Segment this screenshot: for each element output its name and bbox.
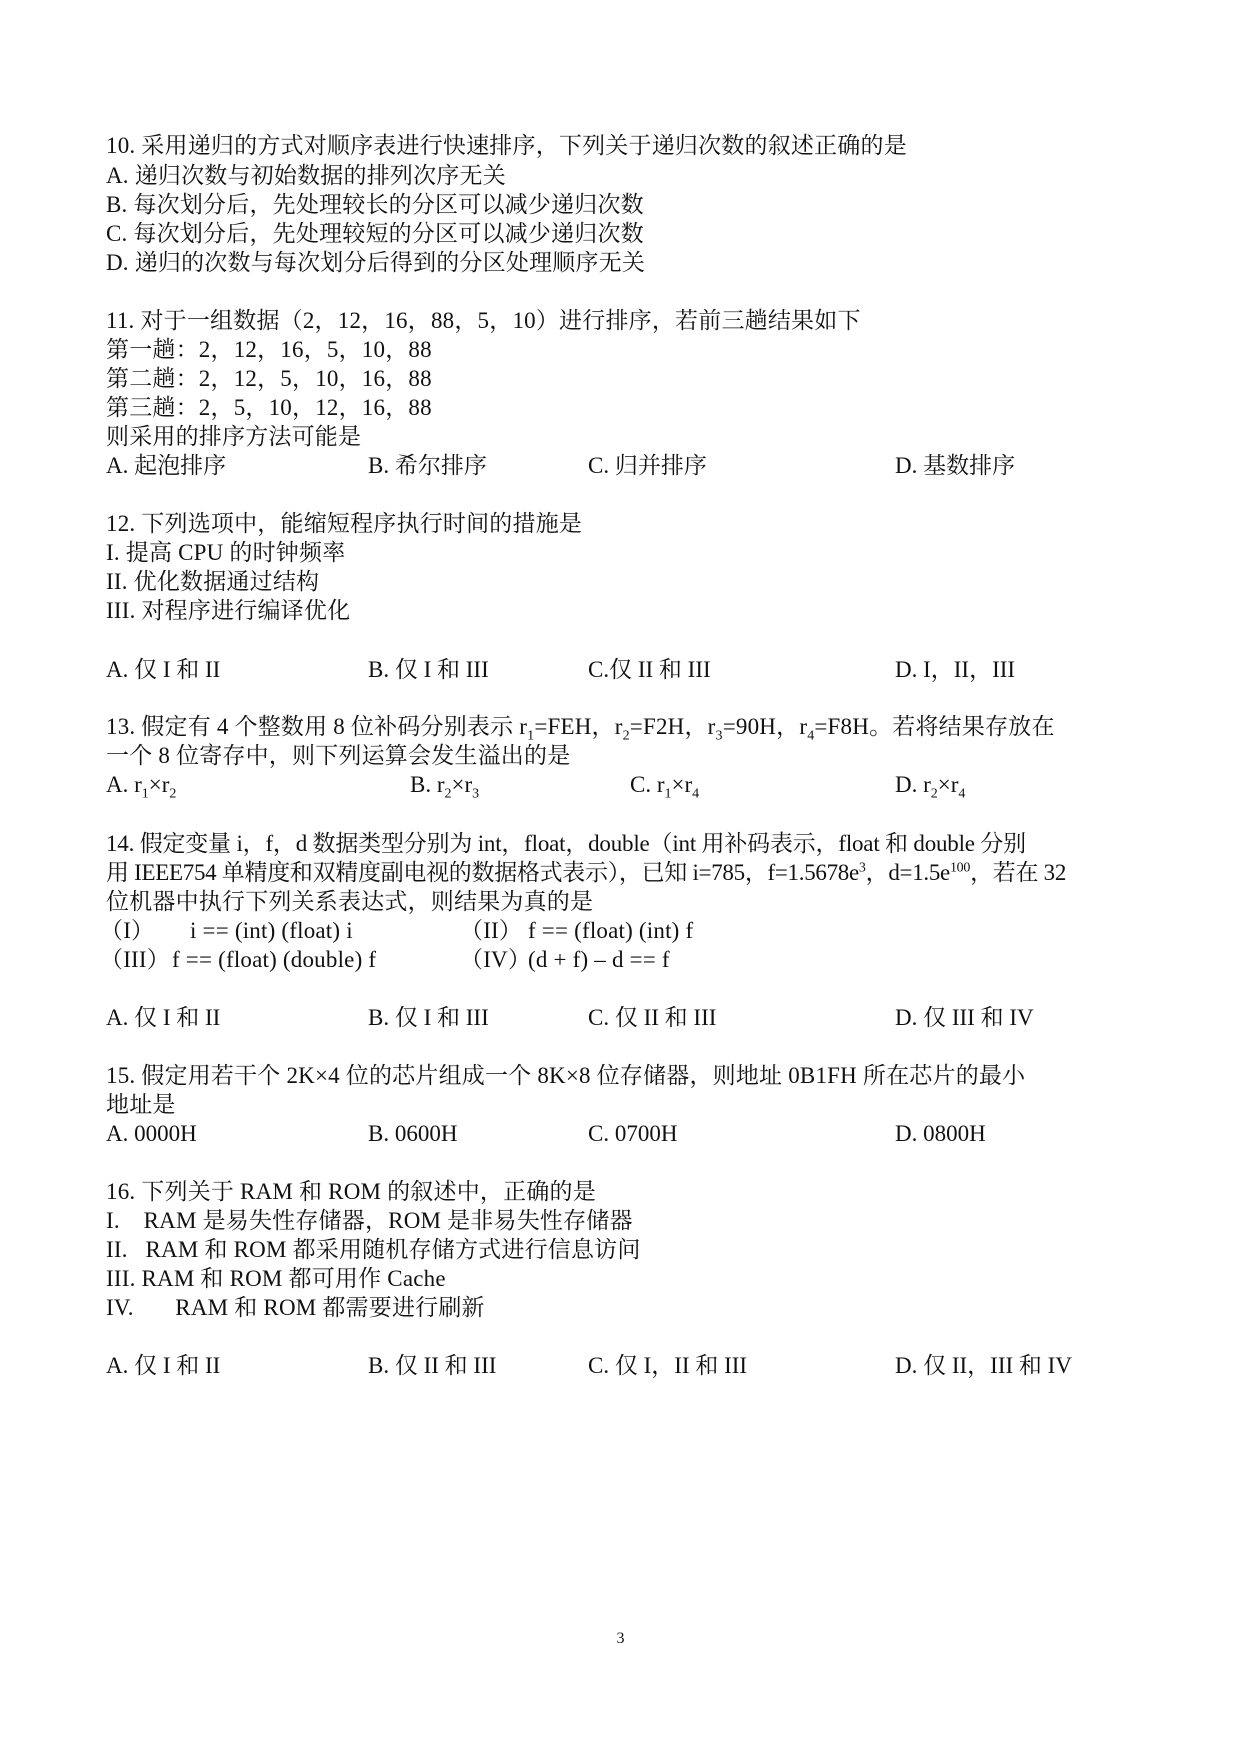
option-b: B. 希尔排序 xyxy=(368,450,487,482)
option-d: D. 仅 III 和 IV xyxy=(895,1002,1034,1034)
item-1: I. RAM 是易失性存储器，ROM 是非易失性存储器 xyxy=(106,1205,633,1237)
option-a: A. 0000H xyxy=(106,1118,197,1150)
option-a: A. 仅 I 和 II xyxy=(106,1002,220,1034)
option-c: C. 仅 II 和 III xyxy=(588,1002,716,1034)
option-b: B. 0600H xyxy=(368,1118,457,1150)
question-stem: 13. 假定有 4 个整数用 8 位补码分别表示 r1=FEH，r2=F2H，r… xyxy=(106,711,1055,743)
document-page: 10. 采用递归的方式对顺序表进行快速排序，下列关于递归次数的叙述正确的是 A.… xyxy=(0,0,1241,1754)
question-stem: 11. 对于一组数据（2，12，16，88，5，10）进行排序，若前三趟结果如下 xyxy=(106,305,861,337)
expression-row-1: （I）i == (int) (float) i（II）f == (float) … xyxy=(100,915,693,947)
question-stem-line-1: 15. 假定用若干个 2K×4 位的芯片组成一个 8K×8 位存储器，则地址 0… xyxy=(106,1060,1025,1092)
option-a: A. 起泡排序 xyxy=(106,450,226,482)
option-b: B. 每次划分后，先处理较长的分区可以减少递归次数 xyxy=(106,189,644,221)
option-c: C. r1×r4 xyxy=(630,769,699,801)
option-d: D. 基数排序 xyxy=(895,450,1015,482)
option-c: C. 归并排序 xyxy=(588,450,707,482)
question-stem: 10. 采用递归的方式对顺序表进行快速排序，下列关于递归次数的叙述正确的是 xyxy=(106,130,907,162)
item-3: III. 对程序进行编译优化 xyxy=(106,595,350,627)
option-c: C. 仅 I，II 和 III xyxy=(588,1350,747,1382)
item-4: IV. RAM 和 ROM 都需要进行刷新 xyxy=(106,1292,485,1324)
question-stem: 12. 下列选项中，能缩短程序执行时间的措施是 xyxy=(106,508,582,540)
question-stem: 16. 下列关于 RAM 和 ROM 的叙述中，正确的是 xyxy=(106,1176,596,1208)
item-1: I. 提高 CPU 的时钟频率 xyxy=(106,537,345,569)
option-a: A. 仅 I 和 II xyxy=(106,654,220,686)
option-d: D. 递归的次数与每次划分后得到的分区处理顺序无关 xyxy=(106,247,645,279)
option-a: A. 递归次数与初始数据的排列次序无关 xyxy=(106,160,506,192)
option-c: C.仅 II 和 III xyxy=(588,654,711,686)
option-d: D. 0800H xyxy=(895,1118,986,1150)
option-b: B. 仅 II 和 III xyxy=(368,1350,496,1382)
question-stem-line-2: 地址是 xyxy=(106,1089,176,1121)
option-b: B. 仅 I 和 III xyxy=(368,1002,489,1034)
pass-2: 第二趟：2，12，5，10，16，88 xyxy=(106,363,432,395)
question-prompt: 则采用的排序方法可能是 xyxy=(106,421,361,453)
expression-row-2: （III）f == (float) (double) f（IV）(d + f) … xyxy=(100,944,670,976)
item-2: II. 优化数据通过结构 xyxy=(106,566,319,598)
question-stem-line-2: 用 IEEE754 单精度和双精度副电视的数据格式表示），已知 i=785，f=… xyxy=(106,857,1066,889)
question-stem-line-3: 位机器中执行下列关系表达式，则结果为真的是 xyxy=(106,886,593,918)
page-number: 3 xyxy=(0,1630,1241,1648)
option-b: B. r2×r3 xyxy=(410,769,479,801)
option-d: D. I，II，III xyxy=(895,654,1015,686)
option-a: A. 仅 I 和 II xyxy=(106,1350,220,1382)
option-c: C. 0700H xyxy=(588,1118,677,1150)
pass-1: 第一趟：2，12，16，5，10，88 xyxy=(106,334,432,366)
option-d: D. r2×r4 xyxy=(895,769,965,801)
option-b: B. 仅 I 和 III xyxy=(368,654,489,686)
pass-3: 第三趟：2，5，10，12，16，88 xyxy=(106,392,432,424)
option-c: C. 每次划分后，先处理较短的分区可以减少递归次数 xyxy=(106,218,644,250)
option-d: D. 仅 II，III 和 IV xyxy=(895,1350,1072,1382)
item-2: II. RAM 和 ROM 都采用随机存储方式进行信息访问 xyxy=(106,1234,641,1266)
question-stem-line-1: 14. 假定变量 i，f，d 数据类型分别为 int，float，double（… xyxy=(106,828,1026,860)
question-stem-line-2: 一个 8 位寄存中，则下列运算会发生溢出的是 xyxy=(106,740,570,772)
option-a: A. r1×r2 xyxy=(106,769,176,801)
item-3: III. RAM 和 ROM 都可用作 Cache xyxy=(106,1263,446,1295)
